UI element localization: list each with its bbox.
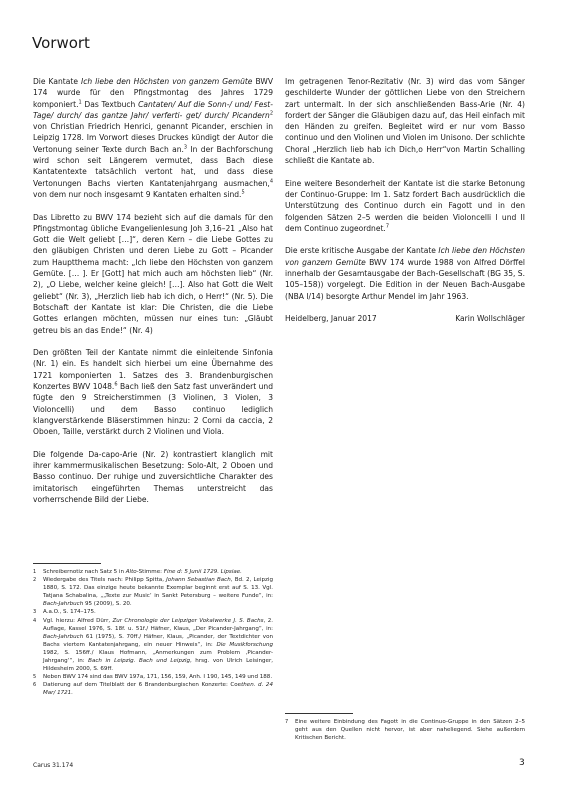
page-title: Vorwort	[32, 34, 90, 52]
footnote-text: Eine weitere Einbindung des Fagott in di…	[295, 718, 525, 742]
text: von dem nur noch insgesamt 9 Kantaten er…	[33, 190, 241, 199]
footnote-separator	[285, 713, 353, 714]
left-column: Die Kantate Ich liebe den Höchsten von g…	[33, 76, 273, 517]
work-title: Ich liebe den Höchsten von ganzem Gemüte	[81, 77, 252, 86]
publisher-catalog-number: Carus 31.174	[33, 762, 73, 769]
text: Die Kantate	[33, 77, 81, 86]
footnote-text: Neben BWV 174 sind das BWV 197a, 171, 15…	[43, 673, 273, 681]
author-name: Karin Wollschläger	[455, 313, 525, 324]
paragraph-continuo: Eine weitere Besonderheit der Kantate is…	[285, 178, 525, 234]
paragraph-sinfonia: Den größten Teil der Kantate nimmt die e…	[33, 347, 273, 437]
paragraph-edition: Die erste kritische Ausgabe der Kantate …	[285, 245, 525, 301]
footnote-3: 3A.a.O., S. 174–175.	[33, 608, 273, 616]
footnote-ref: 4	[270, 178, 273, 184]
text: Eine weitere Besonderheit der Kantate is…	[285, 179, 525, 233]
paragraph-aria: Die folgende Da-capo-Arie (Nr. 2) kontra…	[33, 449, 273, 505]
footnote-1: 1Schreibernotiz nach Satz 5 in Alto-Stim…	[33, 568, 273, 576]
footnote-ref: 7	[386, 223, 389, 229]
text: Das Textbuch	[82, 100, 138, 109]
footnote-text: Datierung auf dem Titelblatt der 6 Brand…	[43, 681, 273, 697]
place-date: Heidelberg, Januar 2017	[285, 313, 377, 324]
paragraph-intro: Die Kantate Ich liebe den Höchsten von g…	[33, 76, 273, 200]
footnote-number: 5	[33, 673, 43, 681]
footnotes-right: 7Eine weitere Einbindung des Fagott in d…	[285, 713, 525, 742]
footnote-number: 7	[285, 718, 295, 742]
footnote-7: 7Eine weitere Einbindung des Fagott in d…	[285, 718, 525, 742]
footnote-separator	[33, 563, 101, 564]
page-number: 3	[519, 758, 525, 768]
footnote-list: 7Eine weitere Einbindung des Fagott in d…	[285, 718, 525, 742]
footnote-4: 4Vgl. hierzu: Alfred Dürr, Zur Chronolog…	[33, 617, 273, 674]
footnote-ref: 5	[241, 189, 244, 195]
footnote-5: 5Neben BWV 174 sind das BWV 197a, 171, 1…	[33, 673, 273, 681]
footnote-number: 4	[33, 617, 43, 674]
footnote-number: 3	[33, 608, 43, 616]
footnote-number: 2	[33, 576, 43, 608]
footnotes-left: 1Schreibernotiz nach Satz 5 in Alto-Stim…	[33, 563, 273, 698]
footnote-text: Wiedergabe des Titels nach: Philipp Spit…	[43, 576, 273, 608]
text: Die erste kritische Ausgabe der Kantate	[285, 246, 438, 255]
footnote-2: 2Wiedergabe des Titels nach: Philipp Spi…	[33, 576, 273, 608]
footnote-list: 1Schreibernotiz nach Satz 5 in Alto-Stim…	[33, 568, 273, 698]
paragraph-recitative: Im getragenen Tenor-Rezitativ (Nr. 3) wi…	[285, 76, 525, 166]
footnote-number: 6	[33, 681, 43, 697]
footnote-ref: 2	[270, 110, 273, 116]
footnote-text: Vgl. hierzu: Alfred Dürr, Zur Chronologi…	[43, 617, 273, 674]
footnote-text: A.a.O., S. 174–175.	[43, 608, 273, 616]
paragraph-libretto: Das Libretto zu BWV 174 bezieht sich auf…	[33, 212, 273, 336]
footnote-6: 6Datierung auf dem Titelblatt der 6 Bran…	[33, 681, 273, 697]
signature: Heidelberg, Januar 2017 Karin Wollschläg…	[285, 313, 525, 324]
footnote-text: Schreibernotiz nach Satz 5 in Alto-Stimm…	[43, 568, 273, 576]
footnote-number: 1	[33, 568, 43, 576]
right-column: Im getragenen Tenor-Rezitativ (Nr. 3) wi…	[285, 76, 525, 325]
